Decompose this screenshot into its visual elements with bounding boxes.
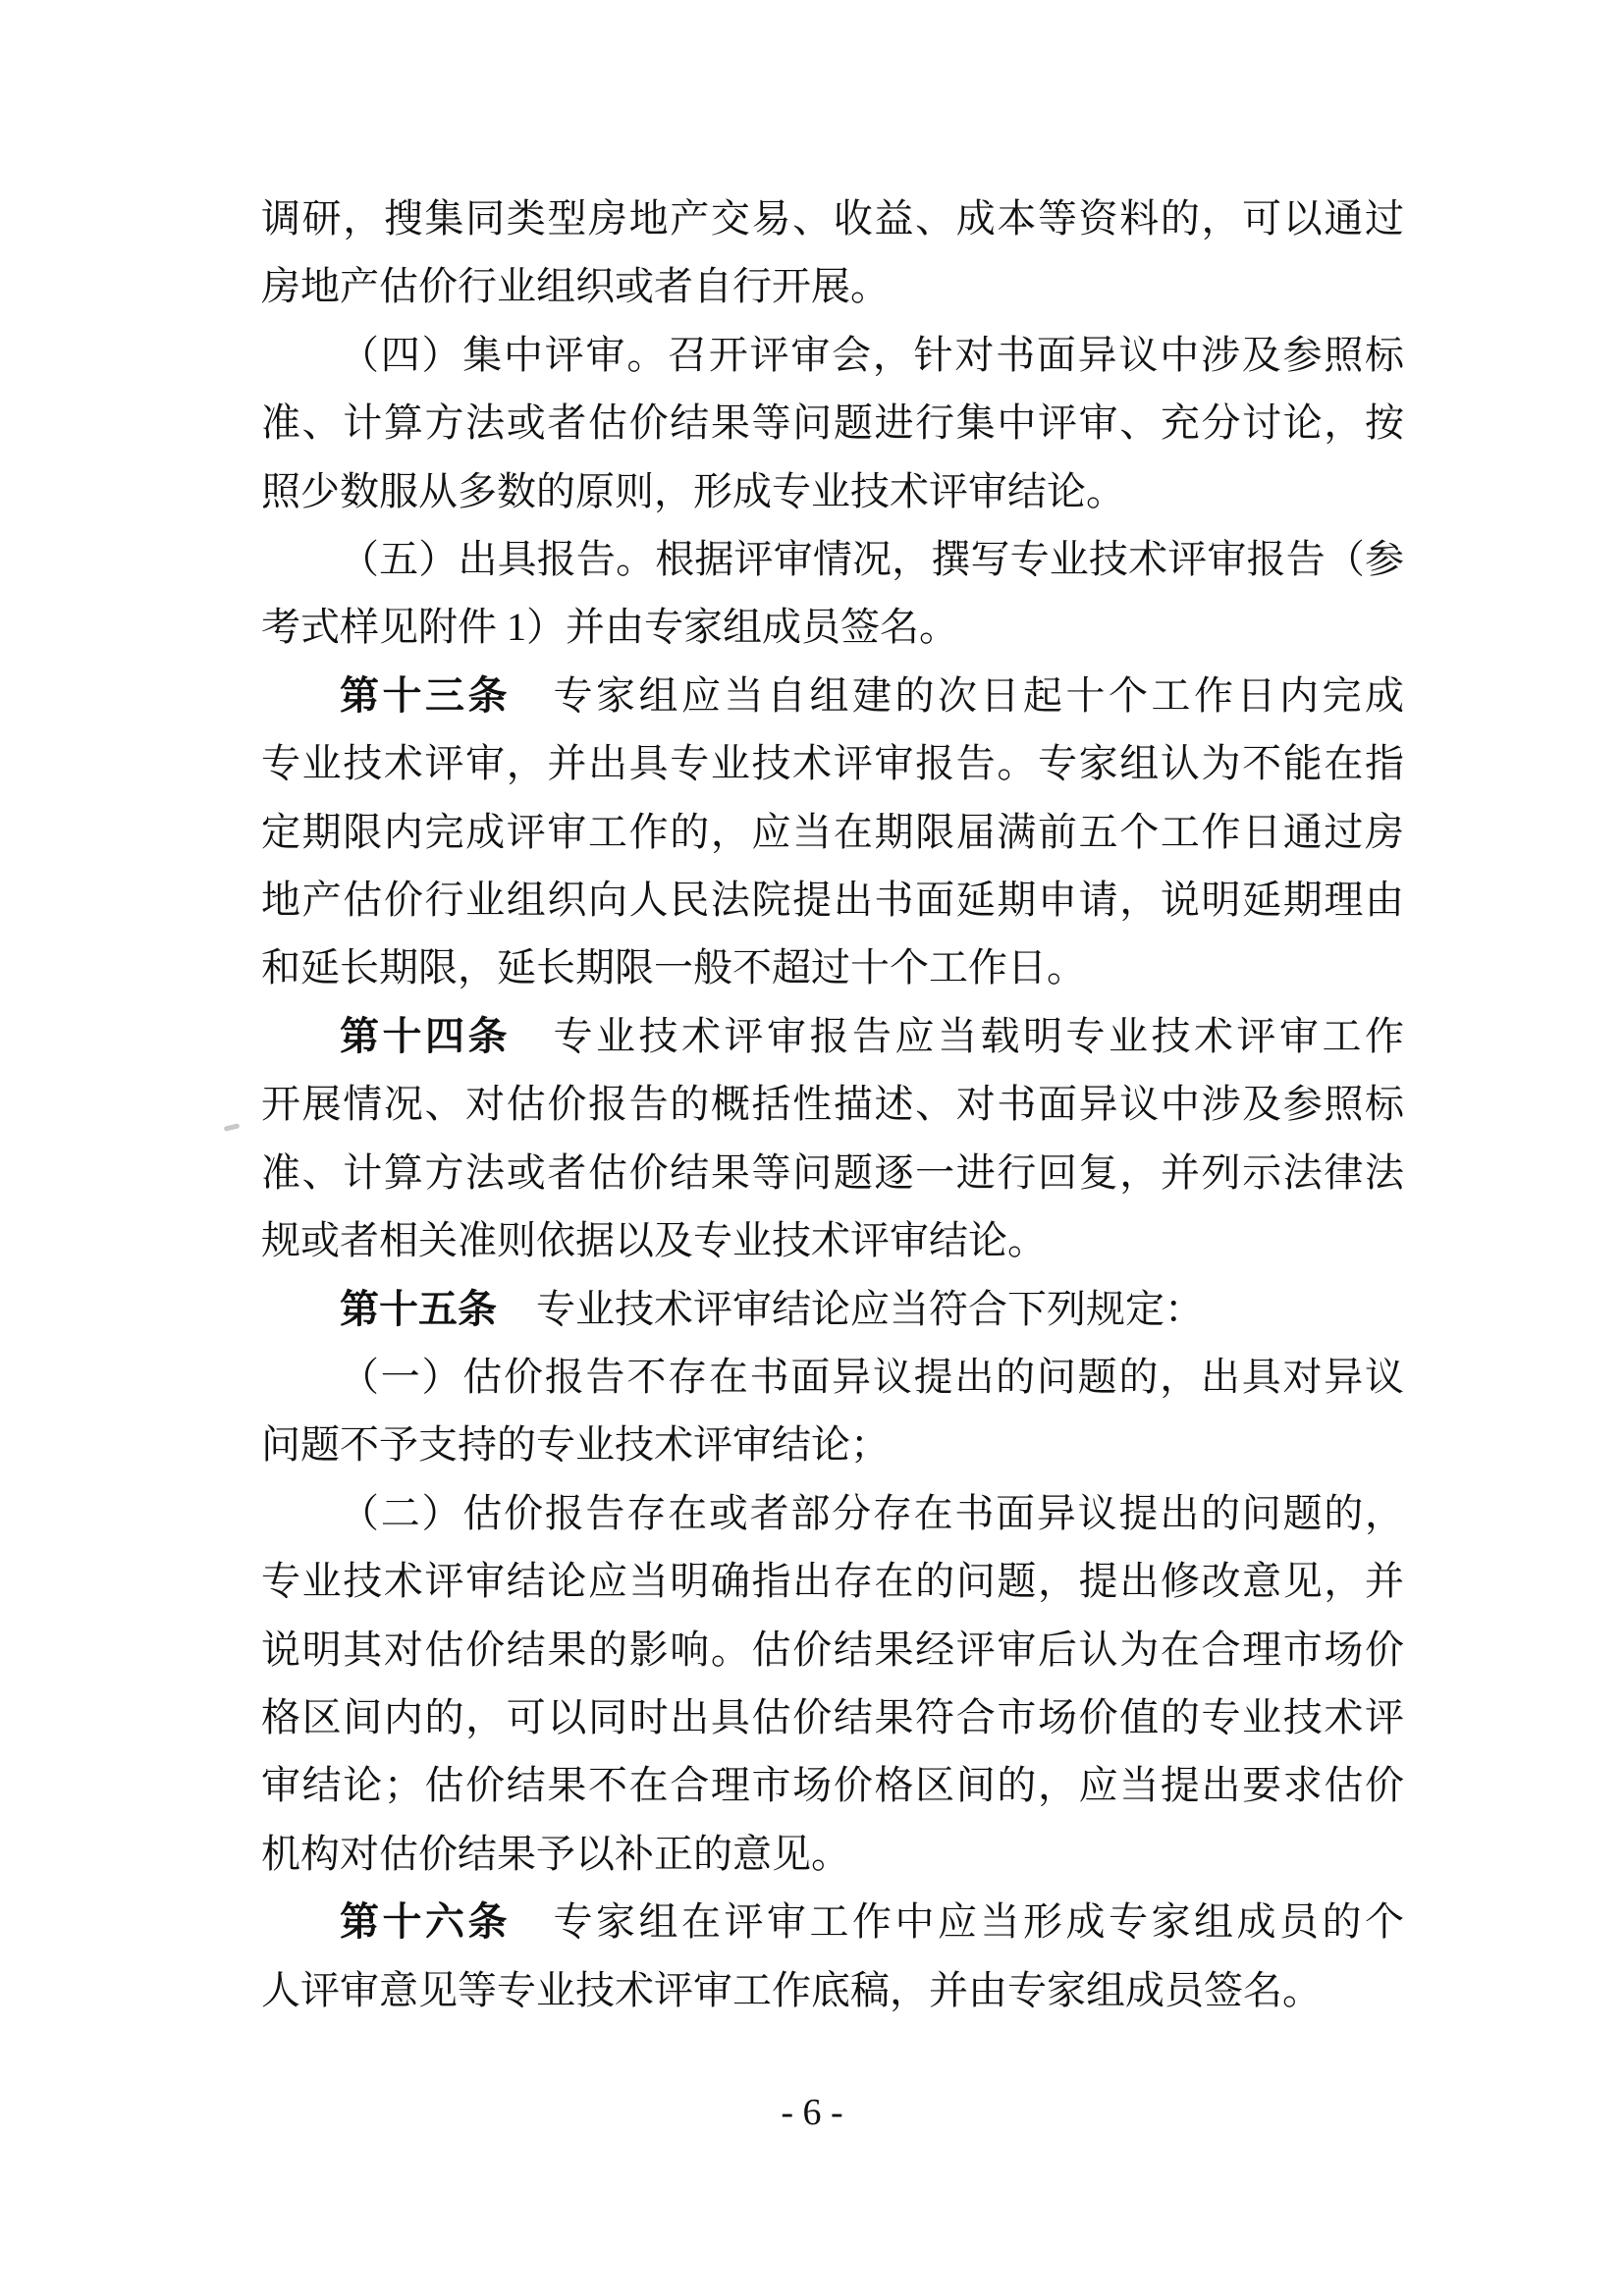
document-line: （一）估价报告不存在书面异议提出的问题的，出具对异议	[261, 1343, 1404, 1411]
document-line: 专业技术评审，并出具专业技术评审报告。专家组认为不能在指	[261, 729, 1404, 797]
document-line: 人评审意见等专业技术评审工作底稿，并由专家组成员签名。	[261, 1956, 1404, 2024]
document-line: 规或者相关准则依据以及专业技术评审结论。	[261, 1206, 1404, 1274]
line-text: 准、计算方法或者估价结果等问题进行集中评审、充分讨论，按	[261, 400, 1404, 445]
line-text: 机构对估价结果予以补正的意见。	[261, 1832, 850, 1876]
document-line: 调研，搜集同类型房地产交易、收益、成本等资料的，可以通过	[261, 185, 1404, 252]
line-text: 调研，搜集同类型房地产交易、收益、成本等资料的，可以通过	[261, 196, 1404, 240]
article-number: 第十五条	[340, 1287, 497, 1331]
page-number: - 6 -	[0, 2091, 1624, 2134]
document-body: 调研，搜集同类型房地产交易、收益、成本等资料的，可以通过房地产估价行业组织或者自…	[261, 185, 1404, 2024]
line-text: 考式样见附件 1）并由专家组成员签名。	[261, 605, 958, 649]
document-line: 第十四条 专业技术评审报告应当载明专业技术评审工作	[261, 1002, 1404, 1070]
line-text: 专业技术评审报告应当载明专业技术评审工作	[511, 1014, 1404, 1058]
document-line: 准、计算方法或者估价结果等问题进行集中评审、充分讨论，按	[261, 389, 1404, 456]
line-text: 说明其对估价结果的影响。估价结果经评审后认为在合理市场价	[261, 1628, 1404, 1672]
document-line: （四）集中评审。召开评审会，针对书面异议中涉及参照标	[261, 321, 1404, 389]
line-text: （二）估价报告存在或者部分存在书面异议提出的问题的，	[340, 1491, 1404, 1535]
article-number: 第十三条	[340, 673, 511, 718]
line-text: 专家组应当自组建的次日起十个工作日内完成	[511, 673, 1404, 718]
document-line: 格区间内的，可以同时出具估价结果符合市场价值的专业技术评	[261, 1683, 1404, 1751]
scan-speck-artifact	[224, 1123, 241, 1132]
line-text: 准、计算方法或者估价结果等问题逐一进行回复，并列示法律法	[261, 1150, 1404, 1195]
document-line: 机构对估价结果予以补正的意见。	[261, 1820, 1404, 1888]
line-text: 房地产估价行业组织或者自行开展。	[261, 264, 890, 308]
line-text: （一）估价报告不存在书面异议提出的问题的，出具对异议	[340, 1355, 1404, 1399]
line-text: 和延长期限，延长期限一般不超过十个工作日。	[261, 945, 1086, 989]
document-line: 问题不予支持的专业技术评审结论；	[261, 1411, 1404, 1478]
line-text: 专家组在评审工作中应当形成专家组成员的个	[511, 1899, 1404, 1944]
document-line: 照少数服从多数的原则，形成专业技术评审结论。	[261, 457, 1404, 525]
article-number: 第十六条	[340, 1899, 511, 1944]
line-text: 审结论；估价结果不在合理市场价格区间的，应当提出要求估价	[261, 1763, 1404, 1807]
line-text: 规或者相关准则依据以及专业技术评审结论。	[261, 1218, 1047, 1262]
document-line: （五）出具报告。根据评审情况，撰写专业技术评审报告（参	[261, 525, 1404, 593]
document-line: 定期限内完成评审工作的，应当在期限届满前五个工作日通过房	[261, 798, 1404, 866]
document-page: 调研，搜集同类型房地产交易、收益、成本等资料的，可以通过房地产估价行业组织或者自…	[0, 0, 1624, 2296]
line-text: （五）出具报告。根据评审情况，撰写专业技术评审报告（参	[340, 537, 1404, 581]
document-line: （二）估价报告存在或者部分存在书面异议提出的问题的，	[261, 1479, 1404, 1547]
line-text: 专业技术评审结论应当符合下列规定：	[497, 1287, 1204, 1331]
document-line: 房地产估价行业组织或者自行开展。	[261, 252, 1404, 320]
line-text: 问题不予支持的专业技术评审结论；	[261, 1422, 890, 1467]
line-text: 专业技术评审，并出具专业技术评审报告。专家组认为不能在指	[261, 741, 1404, 785]
line-text: 格区间内的，可以同时出具估价结果符合市场价值的专业技术评	[261, 1695, 1404, 1739]
document-line: 第十五条 专业技术评审结论应当符合下列规定：	[261, 1275, 1404, 1343]
document-line: 开展情况、对估价报告的概括性描述、对书面异议中涉及参照标	[261, 1070, 1404, 1138]
document-line: 考式样见附件 1）并由专家组成员签名。	[261, 593, 1404, 661]
document-line: 说明其对估价结果的影响。估价结果经评审后认为在合理市场价	[261, 1616, 1404, 1683]
line-text: 定期限内完成评审工作的，应当在期限届满前五个工作日通过房	[261, 810, 1404, 854]
line-text: 专业技术评审结论应当明确指出存在的问题，提出修改意见，并	[261, 1559, 1404, 1603]
document-line: 和延长期限，延长期限一般不超过十个工作日。	[261, 934, 1404, 1001]
document-line: 地产估价行业组织向人民法院提出书面延期申请，说明延期理由	[261, 866, 1404, 934]
article-number: 第十四条	[340, 1014, 511, 1058]
document-line: 准、计算方法或者估价结果等问题逐一进行回复，并列示法律法	[261, 1139, 1404, 1206]
line-text: （四）集中评审。召开评审会，针对书面异议中涉及参照标	[340, 333, 1404, 377]
document-line: 第十六条 专家组在评审工作中应当形成专家组成员的个	[261, 1888, 1404, 1955]
document-line: 审结论；估价结果不在合理市场价格区间的，应当提出要求估价	[261, 1751, 1404, 1819]
line-text: 开展情况、对估价报告的概括性描述、对书面异议中涉及参照标	[261, 1082, 1404, 1126]
line-text: 照少数服从多数的原则，形成专业技术评审结论。	[261, 469, 1125, 513]
document-line: 专业技术评审结论应当明确指出存在的问题，提出修改意见，并	[261, 1547, 1404, 1615]
line-text: 人评审意见等专业技术评审工作底稿，并由专家组成员签名。	[261, 1968, 1322, 2012]
line-text: 地产估价行业组织向人民法院提出书面延期申请，说明延期理由	[261, 878, 1404, 922]
document-line: 第十三条 专家组应当自组建的次日起十个工作日内完成	[261, 662, 1404, 729]
